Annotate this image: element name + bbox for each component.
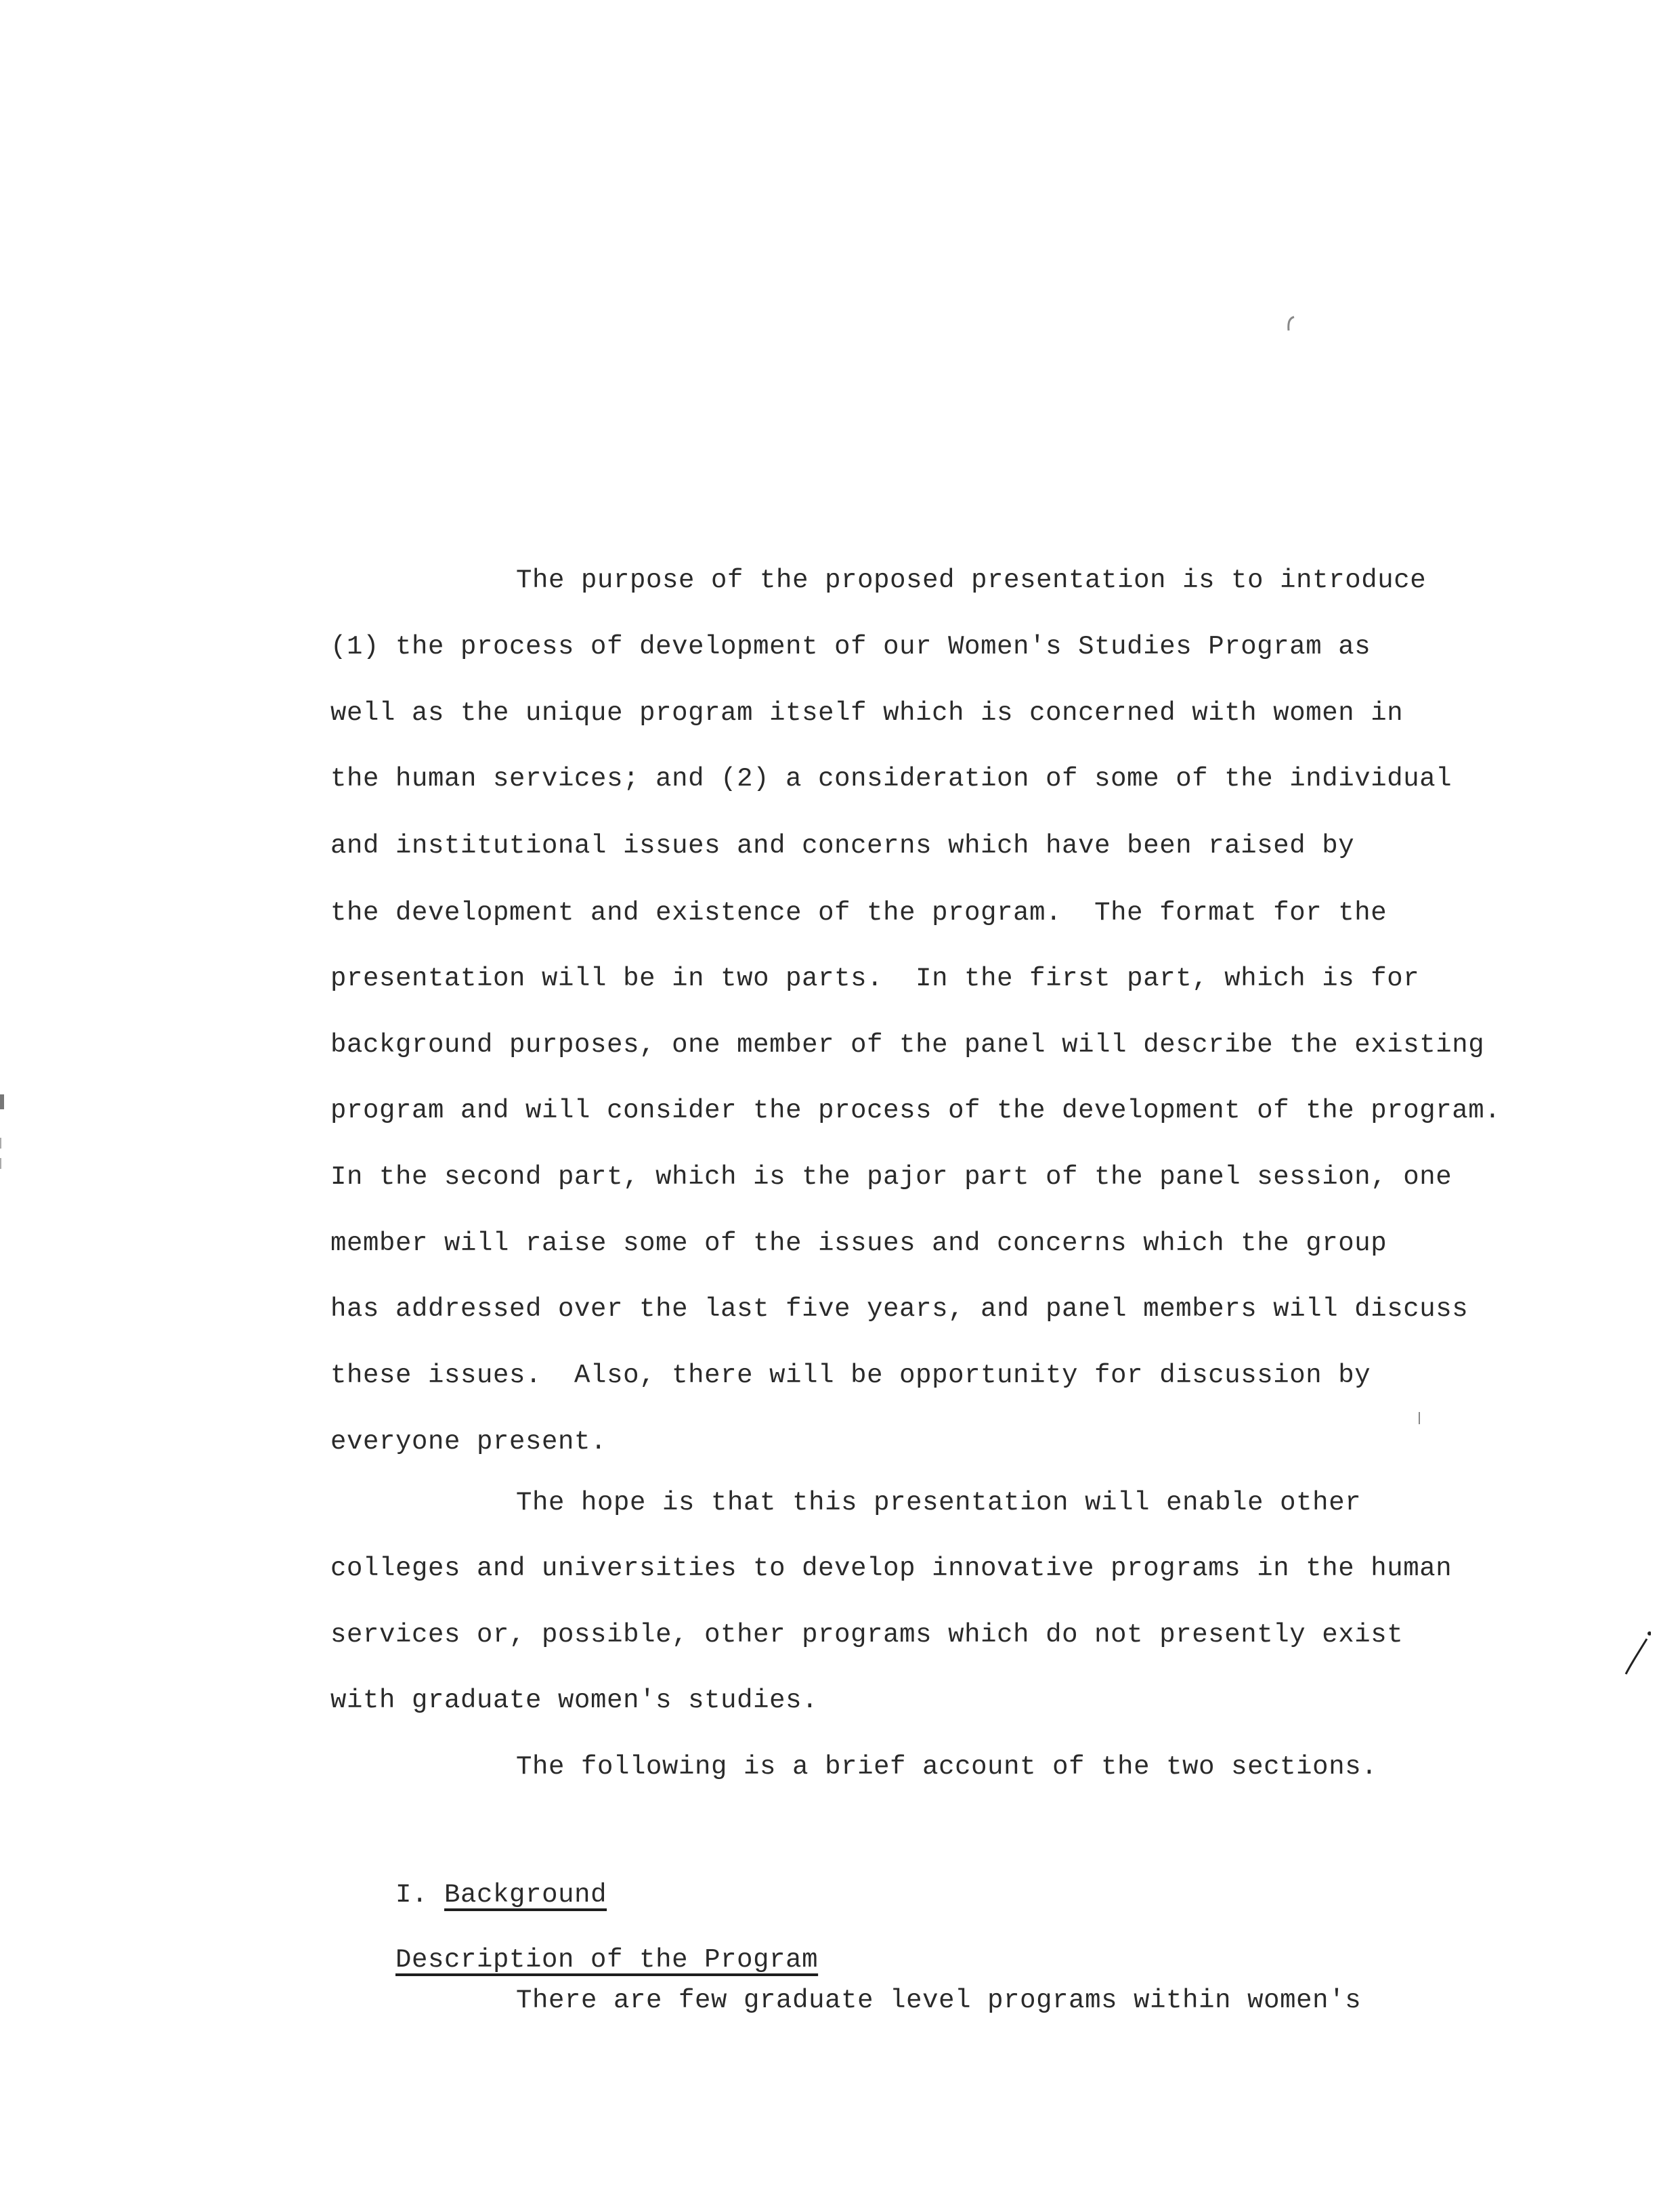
paragraph-line: In the second part, which is the pajor p… [330,1164,1452,1191]
section-number: I. [395,1880,428,1910]
scan-mark-left-edge [0,1090,8,1172]
paragraph-line: background purposes, one member of the p… [330,1032,1484,1058]
paragraph-line: with graduate women's studies. [330,1688,818,1714]
paragraph-line: these issues. Also, there will be opport… [330,1363,1371,1389]
paragraph-line: member will raise some of the issues and… [330,1231,1387,1257]
scan-mark-right-slash [1624,1631,1651,1678]
paragraph-line: colleges and universities to develop inn… [330,1556,1452,1582]
paragraph-line: program and will consider the process of… [330,1098,1501,1124]
paragraph-line: There are few graduate level programs wi… [516,1988,1361,2014]
paragraph-line: has addressed over the last five years, … [330,1296,1468,1323]
subheading-text: Description of the Program [395,1945,818,1975]
scan-mark-top-right [1283,313,1297,333]
paragraph-line: the human services; and (2) a considerat… [330,766,1452,792]
paragraph-line: everyone present. [330,1429,607,1455]
scan-mark-vertical-tick [1418,1412,1421,1424]
paragraph-line: (1) the process of development of our Wo… [330,634,1371,660]
paragraph-line: presentation will be in two parts. In th… [330,966,1419,992]
paragraph-line: The purpose of the proposed presentation… [516,568,1426,594]
paragraph-line: The hope is that this presentation will … [516,1490,1361,1516]
section-title: Background [444,1880,607,1910]
document-page: The purpose of the proposed presentation… [0,0,1680,2203]
paragraph-line: The following is a brief account of the … [516,1754,1377,1780]
paragraph-line: services or, possible, other programs wh… [330,1622,1403,1648]
paragraph-line: the development and existence of the pro… [330,900,1387,926]
paragraph-line: well as the unique program itself which … [330,700,1403,727]
paragraph-line: and institutional issues and concerns wh… [330,833,1354,859]
